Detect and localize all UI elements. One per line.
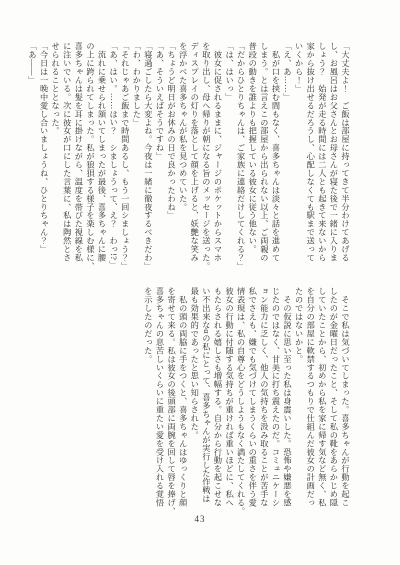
text-line: を自分の部屋に軟禁するつもりで仕組んだ彼女の計画だっ bbox=[305, 287, 317, 537]
text-line: 普段の動きを誰よりも把握している彼女に従う他ない。 bbox=[247, 42, 259, 292]
text-line: していたことから、初めから私を家に帰す気など無く、私 bbox=[316, 287, 328, 537]
text-line: 流れに乗せられ頷いてしまったが最後、喜多ちゃんに腰 bbox=[96, 42, 108, 292]
text-line: いくから！」 bbox=[293, 42, 305, 292]
text-line: 「ちょうど明日がお休みの日で良かったわね」 bbox=[166, 42, 178, 292]
text-line: 喜多ちゃんは髪を耳に掛けながら、温度を帯びた視線を私 bbox=[73, 42, 85, 292]
text-line: ョン能力に乏しく、他人の気持ちを汲み取ることが苦手な bbox=[258, 287, 270, 537]
text-line: 「え、あ……」 bbox=[281, 42, 293, 292]
text-line: 「わ、わかりました」 bbox=[131, 42, 143, 292]
text-line: 「あ、そういえばそうですね」 bbox=[154, 42, 166, 292]
text-line: もたらされる嬉しさも増幅する。自分から行動を起こせな bbox=[212, 287, 224, 537]
text-line: 「だからひとりちゃんは、ご家族に連絡だけしてくれる？」 bbox=[235, 42, 247, 292]
text-line: しまう。とは言えこの部屋から出られない以上、ご両親の bbox=[258, 42, 270, 292]
text-line: 彼女に促されるままに、ジャージのポケットからスマホ bbox=[212, 42, 224, 292]
text-line: 家から抜け出せるだろうし、心配しなくても駅まで送って bbox=[305, 42, 317, 292]
page-number: 43 bbox=[0, 514, 400, 524]
text-line: ディスプレイの灯りを落として顔を上げると、妖艶な笑み bbox=[189, 42, 201, 292]
text-line: 情表現は、私の自尊心をどうしようもなく満たしてくれる。 bbox=[235, 287, 247, 537]
text-line: 私が口を挟む間もなく、喜多ちゃんは淡々と話を進めて bbox=[270, 42, 282, 292]
text-line: 私の頭の両脇に手をつくと、喜多ちゃんはゆっくりと顔 bbox=[177, 287, 189, 537]
text-line: 「寝過ごしたら大変よね。今夜は一緒に徹夜するべきだわ」 bbox=[142, 42, 154, 292]
text-line: 私でさえも、嫌でも気づけてしまうくらいの重さを伴う愛 bbox=[247, 287, 259, 537]
text-line: せられることとなった。 bbox=[50, 42, 62, 292]
text-line: を浮かべた喜多ちゃんが私を見つめていた。 bbox=[177, 42, 189, 292]
text-line: しょう？ 始発が走る時間には二人とも起きて来ないから bbox=[316, 42, 328, 292]
text-line: 「今日は一晩中愛し合いましょうね、ひとりちゃん？」 bbox=[38, 42, 50, 292]
text-line: 最も効果的であったと思い知らされた。 bbox=[189, 287, 201, 537]
text-line: たのではないかと。 bbox=[293, 287, 305, 537]
text-line: じたのではなく、甘美に打ち震えたのだ。コミュニケーシ bbox=[270, 287, 282, 537]
text-line: を取り出し、母へ帰りが朝になる旨のメッセージを送った。 bbox=[200, 42, 212, 292]
text-line: し、お風呂はお父さんとお母さんが寝た後で一緒に入りま bbox=[328, 42, 340, 292]
text-line: い不出来なαの私にとって、喜多ちゃんが実行した作戦は bbox=[200, 287, 212, 537]
text-line: 喜多ちゃんの息苦しいくらいに重たい愛を受け入れる覚悟 bbox=[154, 287, 166, 537]
text-line: に注いでいる。次に彼女が口にした言葉に、私は陶然とさ bbox=[61, 42, 73, 292]
text-line: その仮説に思い至った私は身震いした。恐怖や嫌悪を感 bbox=[281, 287, 293, 537]
text-line: したのが金曜日だったこと、そして私の靴をあらかじめ隠 bbox=[328, 287, 340, 537]
text-line: 「は、はいっ」 bbox=[223, 42, 235, 292]
text-line: 「大丈夫よ！ ご飯は部屋に持ってきて半分わけてあげる bbox=[339, 42, 351, 292]
bottom-text-block: そこで私は気づいてしまった。喜多ちゃんが行動を起こしたのが金曜日だったこと、そし… bbox=[142, 287, 351, 537]
text-line: を示したのだった。 bbox=[142, 287, 154, 537]
text-line: の上に跨られてしまった。私が狼狽する様子を楽しむ様に、 bbox=[84, 42, 96, 292]
text-line: 「あ、はい。……はい？ シましょうって、え？ わっ!?」 bbox=[108, 42, 120, 292]
text-line: そこで私は気づいてしまった。喜多ちゃんが行動を起こ bbox=[339, 287, 351, 537]
text-line: を寄せて来る。私は彼女の後頭部に両腕を回して唇を捧げ、 bbox=[166, 287, 178, 537]
text-line: 「あ――」 bbox=[26, 42, 38, 292]
text-line: 「それじゃあご飯まで時間あるし、もう一回シましょう？」 bbox=[119, 42, 131, 292]
novel-page: 「大丈夫よ！ ご飯は部屋に持ってきて半分わけてあげるし、お風呂はお父さんとお母さ… bbox=[0, 0, 400, 565]
top-text-block: 「大丈夫よ！ ご飯は部屋に持ってきて半分わけてあげるし、お風呂はお父さんとお母さ… bbox=[26, 42, 351, 292]
text-line: 彼女の行動に付随する気持ちが重ければ重いほどに、私へ bbox=[223, 287, 235, 537]
